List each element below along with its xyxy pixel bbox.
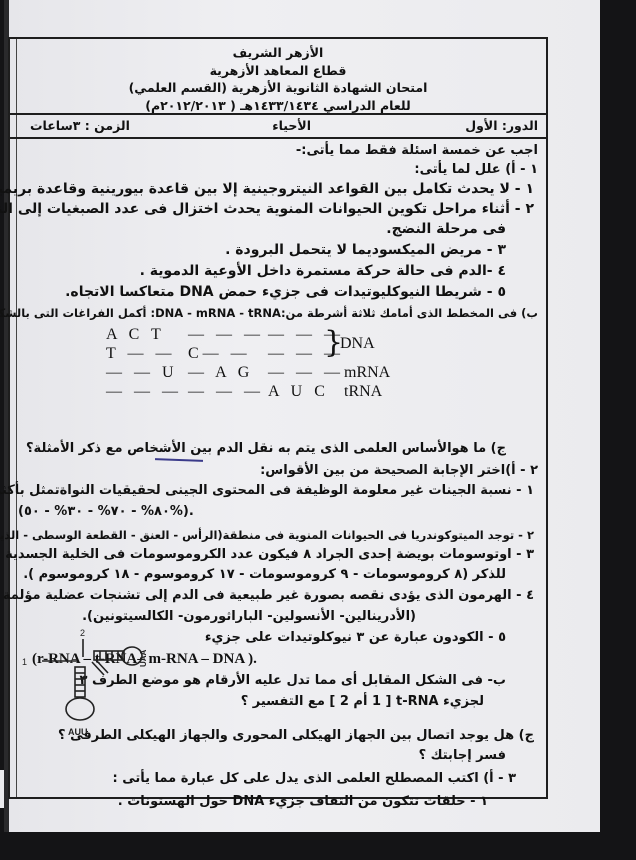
q2-a-item-1-options: (٨٠% - ٧٠% - ٣٠% - ٥٠%). xyxy=(18,504,194,519)
anticodon-label: AUU xyxy=(68,727,88,737)
q2-a-item-5: ٥ - الكودون عبارة عن ٣ نيوكلوتيدات على ج… xyxy=(205,630,506,645)
q2-a-title: ٢ - أ)اختر الإجابة الصحيحة من بين الأقوا… xyxy=(260,463,538,478)
q1-a-item-3: ٣ - مريض الميكسوديما لا يتحمل البرودة . xyxy=(225,242,506,258)
q2-a-item-1: ١ - نسبة الجينات غير معلومة الوظيفة فى ا… xyxy=(0,483,534,498)
q3-a-item-1: ١ - حلقات تتكون من التفاف جزيء DNA حول ا… xyxy=(118,794,488,809)
q1-a-item-5: ٥ - شريطا النيوكليوتيدات فى جزيء حمض DNA… xyxy=(65,284,506,300)
figure-label-2: 2 xyxy=(80,628,85,638)
cell: — A G xyxy=(188,364,253,382)
q1-a-item-2: ٢ - أثناء مراحل تكوين الحيوانات المنوية … xyxy=(0,201,534,217)
q2-c-line-2: فسر إجابتك ؟ xyxy=(419,748,506,763)
q2-a-item-2: ٢ - توجد الميتوكوندريا فى الحيوانات المن… xyxy=(0,528,534,542)
cell: C— — xyxy=(188,345,251,363)
q1-a-title: ١ - أ) علل لما يأتى: xyxy=(414,162,538,177)
q2-a-item-4: ٤ - الهرمون الذى يؤدى نقصه بصورة غير طبي… xyxy=(0,588,534,603)
cell: — — — xyxy=(268,364,344,382)
q2-b-line-2: لجزيء t-RNA [ 1 أم 2 ] مع التفسير ؟ xyxy=(241,694,484,709)
cell: A C T xyxy=(106,326,165,344)
exam-subject: الأحياء xyxy=(272,118,311,133)
strand-label-trna: tRNA xyxy=(344,383,382,401)
header-exam-title: امتحان الشهادة الثانوية الأزهرية (القسم … xyxy=(10,79,546,97)
exam-meta-row: الدور: الأول الأحياء الزمن : ٣ساعات xyxy=(10,115,546,139)
cell: — — — xyxy=(188,326,264,344)
cell: A U C xyxy=(268,383,329,401)
header-institution: الأزهر الشريف xyxy=(10,44,546,62)
cell: T — — xyxy=(106,345,175,363)
q1-a-item-4: ٤ -الدم فى حالة حركة مستمرة داخل الأوعية… xyxy=(140,263,506,279)
exam-duration: الزمن : ٣ساعات xyxy=(30,118,130,133)
q2-a-item-4-options: (الأدرينالين- الأنسولين- الباراثورمون- ا… xyxy=(82,609,416,624)
cell: — — U xyxy=(106,364,178,382)
exam-header: الأزهر الشريف قطاع المعاهد الأزهرية امتح… xyxy=(10,39,546,115)
q1-c-title: ج) ما هوالأساس العلمى الذى يتم به نقل ال… xyxy=(26,441,506,456)
q3-a-title: ٣ - أ) اكتب المصطلح العلمى الذى يدل على … xyxy=(112,771,516,786)
trna-figure: 1 2 AUU UAA xyxy=(22,627,162,742)
strand-label-dna: DNA xyxy=(340,335,375,353)
q1-a-item-1: ١ - لا يحدث تكامل بين القواعد النيتروجين… xyxy=(0,181,534,197)
q1-a-item-2-cont: فى مرحلة النضج. xyxy=(386,221,506,237)
cell: — — — xyxy=(188,383,264,401)
strand-diagram: A C T — — — — — — T — — C— — — — — — — U… xyxy=(96,326,416,396)
q2-a-item-3: ٣ - اوتوسومات بويضة إحدى الجراد ٨ فيكون … xyxy=(5,547,534,562)
header-sector: قطاع المعاهد الأزهرية xyxy=(10,62,546,80)
trna-cloverleaf-icon: 1 2 AUU UAA xyxy=(22,627,162,742)
q1-c-text: ج) ما هوالأساس العلمى الذى يتم به نقل ال… xyxy=(26,441,506,456)
exam-round: الدور: الأول xyxy=(465,118,538,133)
strand-label-mrna: mRNA xyxy=(344,364,390,382)
pen-underline xyxy=(155,458,203,462)
figure-label-1: 1 xyxy=(22,657,27,667)
q2-a-item-3-options: للذكر (٨ كروموسومات - ٩ كروموسومات - ١٧ … xyxy=(23,567,506,582)
header-academic-year: للعام الدراسي ١٤٣٣/١٤٣٤هـ ( ٢٠١٢/٢٠١٣م) xyxy=(10,97,546,115)
loop-label: UAA xyxy=(139,649,148,667)
q1-b-title: ب) فى المخطط الذى أمامك ثلاثة أشرطة من:D… xyxy=(0,306,538,320)
cell: — — — xyxy=(106,383,182,401)
instructions: اجب عن خمسة اسئلة فقط مما يأتى:- xyxy=(296,143,538,158)
